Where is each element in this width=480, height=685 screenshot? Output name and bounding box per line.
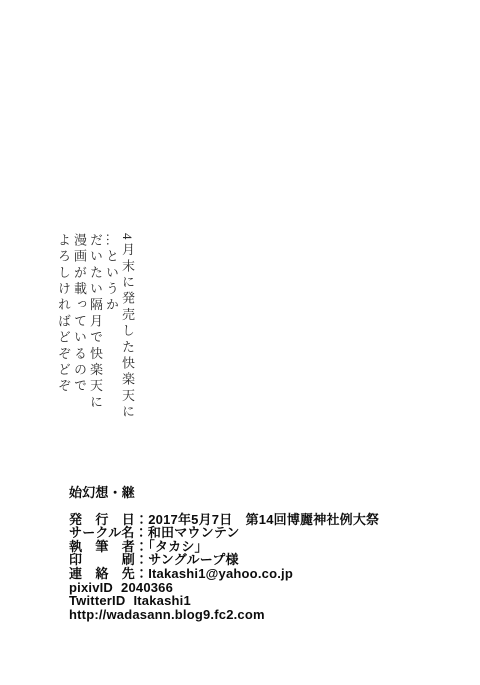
book-title: 始幻想・継 xyxy=(69,486,379,500)
colophon-row-author: 執 筆 者：「タカシ」 xyxy=(69,540,379,554)
twitter-id-label: TwitterID xyxy=(69,593,125,608)
afterword-line: …というか xyxy=(103,233,119,421)
afterword-line: 4月末に発売した快楽天に xyxy=(119,233,135,421)
colophon-row-circle-name: サークル名：和田マウンテン xyxy=(69,526,379,540)
colophon-row-publish-date: 発 行 日：2017年5月7日 第14回博麗神社例大祭 xyxy=(69,513,379,527)
colophon-row-contact-email: 連 絡 先：Itakashi1@yahoo.co.jp xyxy=(69,567,379,581)
colophon-row-printer: 印 刷：サングループ様 xyxy=(69,553,379,567)
afterword-line: だいたい隔月で快楽天に xyxy=(87,233,103,421)
website-url: http://wadasann.blog9.fc2.com xyxy=(69,608,379,622)
pixiv-id-row: pixivID2040366 xyxy=(69,581,379,595)
scanned-colophon-page: 4月末に発売した快楽天に …というか だいたい隔月で快楽天に 漫画が載っているの… xyxy=(0,0,480,685)
colophon-block: 始幻想・継 発 行 日：2017年5月7日 第14回博麗神社例大祭 サークル名：… xyxy=(69,486,379,621)
afterword-vertical-text: 4月末に発売した快楽天に …というか だいたい隔月で快楽天に 漫画が載っているの… xyxy=(55,233,135,421)
twitter-id-row: TwitterIDItakashi1 xyxy=(69,594,379,608)
account-ids: pixivID2040366 TwitterIDItakashi1 xyxy=(69,581,379,608)
afterword-line: 漫画が載っているので xyxy=(71,233,87,421)
twitter-id-value: Itakashi1 xyxy=(133,593,190,608)
afterword-line: よろしければどぞどぞ xyxy=(55,233,71,421)
